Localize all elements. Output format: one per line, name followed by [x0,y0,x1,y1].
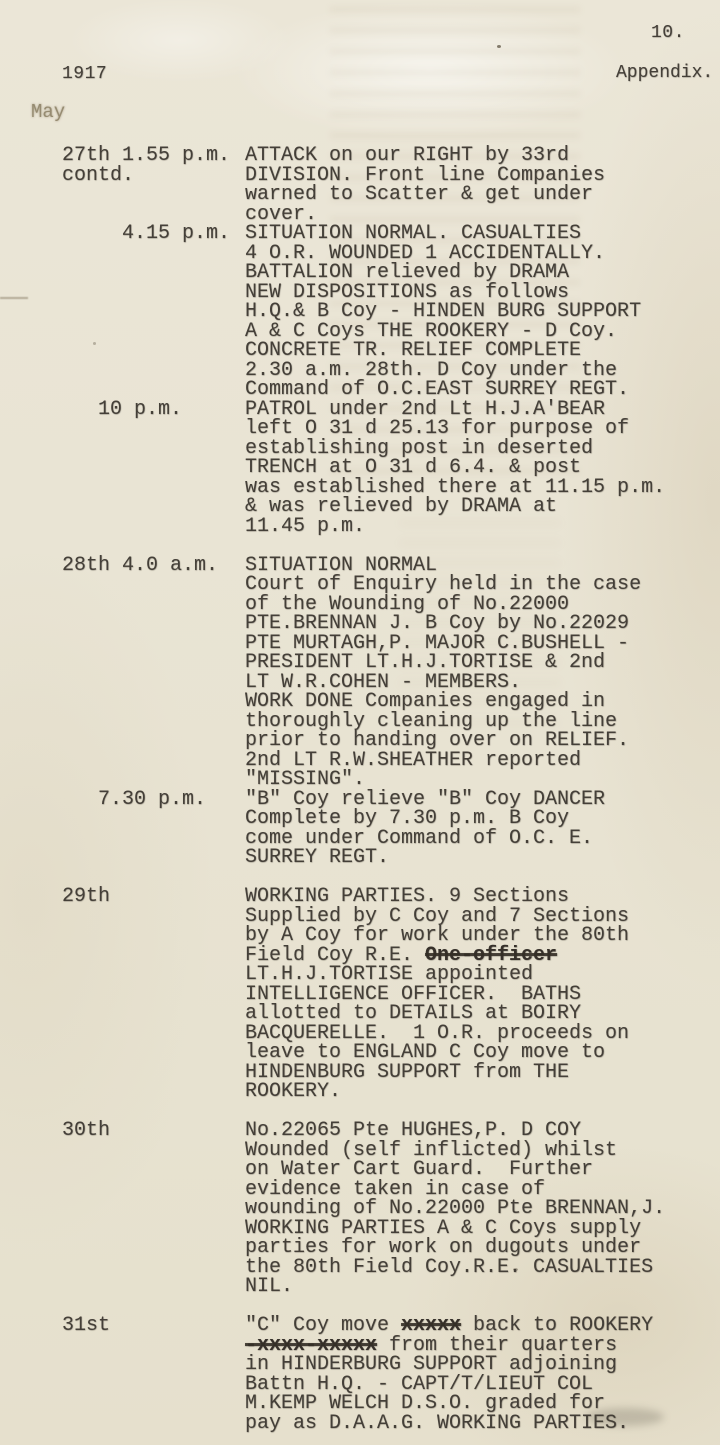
paper-scratch [0,297,28,299]
text-segment: SURREY REGT. [245,846,389,869]
entry-text: the 80th Field Coy.R.E. CASUALTIES [245,1258,708,1278]
appendix-label: Appendix. [616,63,713,83]
entry-time: 4.0 a.m. [122,556,218,576]
diary-entry: 30thNo.22065 Pte HUGHES,P. D COYWounded … [62,1121,708,1297]
diary-line: HINDENBURG SUPPORT from THE [62,1063,708,1083]
text-segment: pay as D.A.A.G. WORKING PARTIES. [245,1412,629,1435]
entry-date: 28th [62,556,110,576]
entry-time: 7.30 p.m. [98,790,206,810]
entry-date-contd: contd. [62,166,134,186]
diary-line: SURREY REGT. [62,848,708,868]
entry-text: ROOKERY. [245,1082,708,1102]
diary-line: & was relieved by DRAMA at [62,497,708,517]
year-label: 1917 [62,64,107,84]
text-segment: 11.45 p.m. [245,515,365,538]
diary-entry: 27th1.55 p.m.ATTACK on our RIGHT by 33rd… [62,146,708,536]
diary-line: NIL. [62,1277,708,1297]
paper-speck [497,45,501,48]
entry-time: 4.15 p.m. [122,224,230,244]
entry-text: SURREY REGT. [245,848,708,868]
entry-text: 11.45 p.m. [245,517,708,537]
text-segment: NIL. [245,1275,293,1298]
diary-line: the 80th Field Coy.R.E. CASUALTIES [62,1258,708,1278]
diary-line: ROOKERY. [62,1082,708,1102]
diary-line: 11.45 p.m. [62,517,708,537]
entry-date: 27th [62,146,110,166]
diary-line: warned to Scatter & get under [62,185,708,205]
ink-smudge [586,1408,664,1426]
diary-line: 2nd LT R.W.SHEATHER reported [62,751,708,771]
month-label: May [31,101,65,123]
page-number: 10. [651,23,685,43]
diary-entry: 28th4.0 a.m.SITUATION NORMALCourt of Enq… [62,556,708,868]
diary-page: 10. 1917 Appendix. May 27th1.55 p.m.ATTA… [0,0,720,1445]
entry-date: 29th [62,887,110,907]
entry-date: 31st [62,1316,110,1336]
text-segment: ROOKERY. [245,1080,341,1103]
diary-entries: 27th1.55 p.m.ATTACK on our RIGHT by 33rd… [62,146,708,1433]
entry-date: 30th [62,1121,110,1141]
entry-text: NIL. [245,1277,708,1297]
entry-time: 10 p.m. [98,400,182,420]
entry-time: 1.55 p.m. [122,146,230,166]
text-segment: the 80th Field Coy.R.E. CASUALTIES [245,1256,653,1279]
diary-entry: 29thWORKING PARTIES. 9 SectionsSupplied … [62,887,708,1102]
